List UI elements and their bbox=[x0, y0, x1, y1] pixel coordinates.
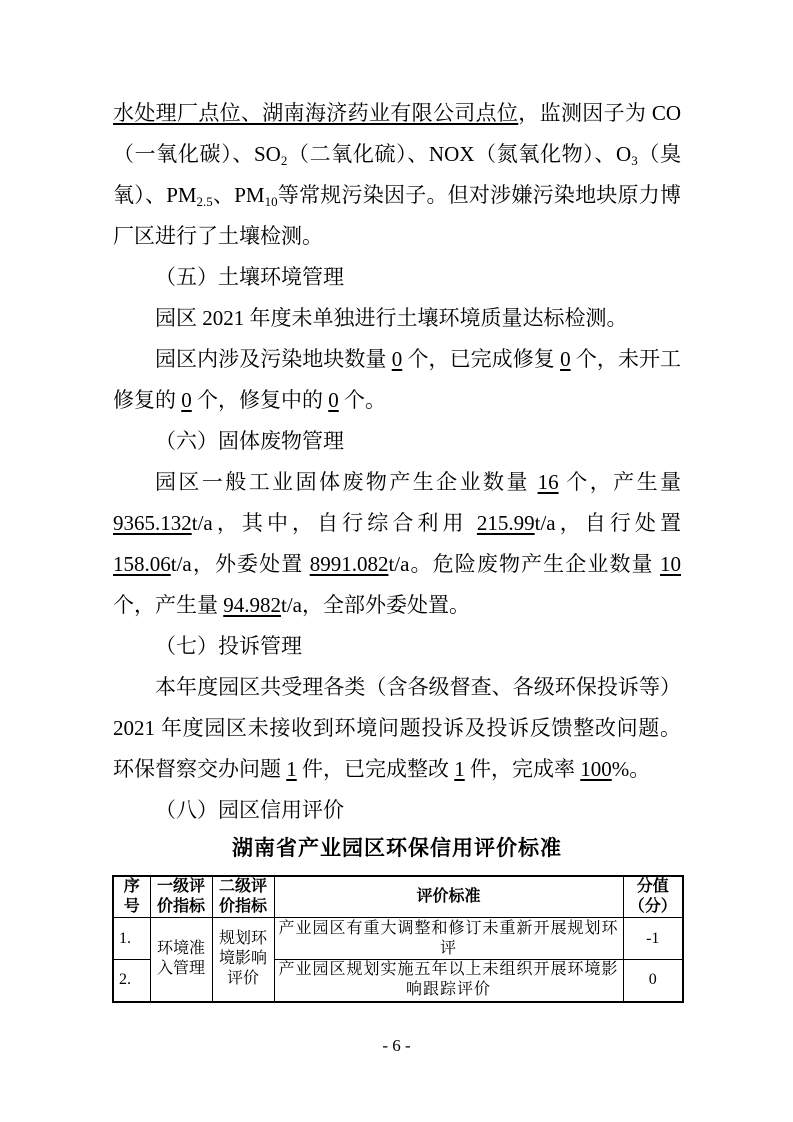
header-criteria: 评价标准 bbox=[274, 876, 623, 918]
table-row: 1. 环境准 入管理 规划环 境影响 评价 产业园区有重大调整和修订未重新开展规… bbox=[113, 918, 683, 960]
cell-level2-indicator: 规划环 境影响 评价 bbox=[212, 918, 274, 1002]
heading-section-8: （八）园区信用评价 bbox=[113, 790, 681, 831]
cell-row2-score: 0 bbox=[623, 960, 683, 1002]
heading-section-7: （七）投诉管理 bbox=[113, 626, 681, 667]
cell-row2-criteria: 产业园区规划实施五年以上未组织开展环境影响跟踪评价 bbox=[274, 960, 623, 1002]
document-body: 水处理厂点位、湖南海济药业有限公司点位，监测因子为 CO（一氧化碳）、SO2（二… bbox=[113, 93, 681, 831]
cell-row1-criteria: 产业园区有重大调整和修订未重新开展规划环评 bbox=[274, 918, 623, 960]
cell-row1-score: -1 bbox=[623, 918, 683, 960]
para-solid-waste: 园区一般工业固体废物产生企业数量 16 个，产生量 9365.132t/a，其中… bbox=[113, 462, 681, 626]
credit-rating-table: 序 号 一级评 价指标 二级评 价指标 评价标准 分值 （分） 1. 环境准 入… bbox=[112, 875, 684, 1003]
para-polluted-plots: 园区内涉及污染地块数量 0 个，已完成修复 0 个，未开工修复的 0 个，修复中… bbox=[113, 339, 681, 421]
header-no: 序 号 bbox=[113, 876, 150, 918]
table-header-row: 序 号 一级评 价指标 二级评 价指标 评价标准 分值 （分） bbox=[113, 876, 683, 918]
para-complaints: 本年度园区共受理各类（含各级督查、各级环保投诉等）2021 年度园区未接收到环境… bbox=[113, 667, 681, 790]
cell-row2-no: 2. bbox=[113, 960, 150, 1002]
para-soil-testing: 园区 2021 年度未单独进行土壤环境质量达标检测。 bbox=[113, 298, 681, 339]
cell-row1-no: 1. bbox=[113, 918, 150, 960]
heading-section-6: （六）固体废物管理 bbox=[113, 421, 681, 462]
header-score: 分值 （分） bbox=[623, 876, 683, 918]
credit-table-section: 湖南省产业园区环保信用评价标准 序 号 一级评 价指标 二级评 价指标 评价标准… bbox=[112, 833, 682, 1003]
table-title: 湖南省产业园区环保信用评价标准 bbox=[112, 833, 682, 863]
document-page: 水处理厂点位、湖南海济药业有限公司点位，监测因子为 CO（一氧化碳）、SO2（二… bbox=[0, 0, 793, 1122]
page-number: - 6 - bbox=[0, 1036, 793, 1056]
header-level2-indicator: 二级评 价指标 bbox=[212, 876, 274, 918]
para-air-monitoring: 水处理厂点位、湖南海济药业有限公司点位，监测因子为 CO（一氧化碳）、SO2（二… bbox=[113, 93, 681, 257]
header-level1-indicator: 一级评 价指标 bbox=[150, 876, 212, 918]
cell-level1-indicator: 环境准 入管理 bbox=[150, 918, 212, 1002]
heading-section-5: （五）土壤环境管理 bbox=[113, 257, 681, 298]
